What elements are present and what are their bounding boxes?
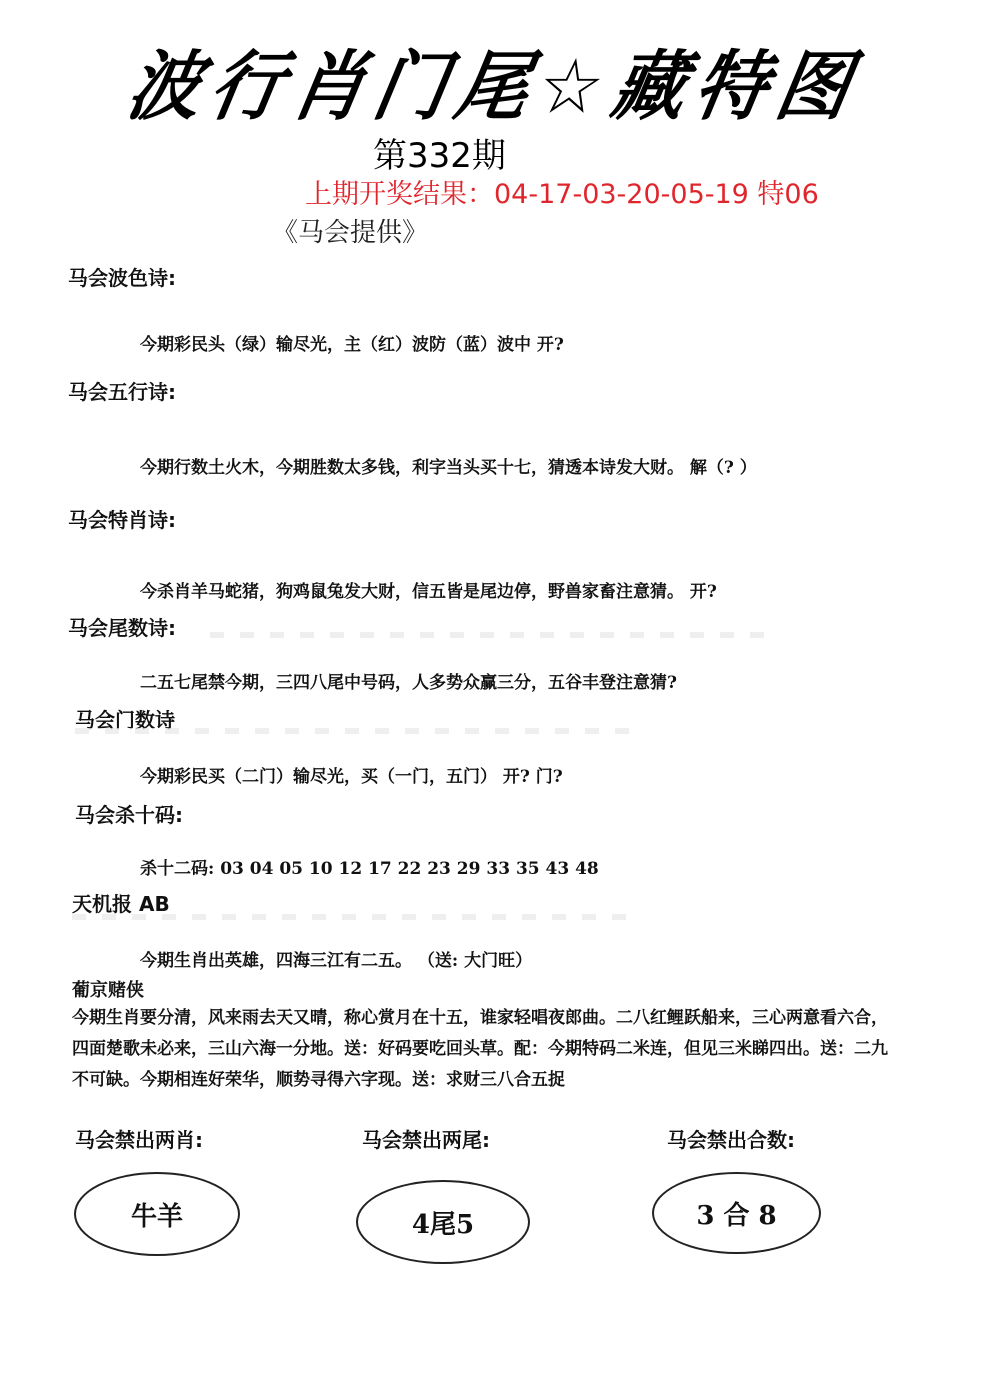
section-heading-five-elements: 马会五行诗: xyxy=(68,376,176,405)
last-result-numbers: 04-17-03-20-05-19 特06 xyxy=(494,179,819,210)
ban-value-zodiac: 牛羊 xyxy=(131,1196,183,1233)
ban-value-tail: 4尾5 xyxy=(412,1204,474,1241)
pujing-heading: 葡京赌侠 xyxy=(72,976,144,1002)
section-body-tianjibao: 今期生肖出英雄，四海三江有二五。 （送: 大门旺） xyxy=(140,946,532,971)
section-body-tail-number: 二五七尾禁今期，三四八尾中号码，人多势众赢三分，五谷丰登注意猜? xyxy=(140,668,677,693)
ban-oval-sum: 3 合 8 xyxy=(652,1172,821,1254)
ban-label-tail: 马会禁出两尾: xyxy=(362,1124,490,1153)
section-body-kill-ten: 杀十二码: 03 04 05 10 12 17 22 23 29 33 35 4… xyxy=(140,854,599,879)
ban-label-zodiac: 马会禁出两肖: xyxy=(75,1124,203,1153)
section-body-wave-color: 今期彩民头（绿）输尽光，主（红）波防（蓝）波中 开? xyxy=(140,330,564,355)
issue-number: 第332期 xyxy=(373,128,506,177)
section-body-door-number: 今期彩民买（二门）输尽光，买（一门，五门） 开? 门? xyxy=(140,762,563,787)
last-result: 上期开奖结果：04-17-03-20-05-19 特06 xyxy=(305,172,819,211)
ban-value-sum: 3 合 8 xyxy=(696,1195,776,1232)
section-heading-wave-color: 马会波色诗: xyxy=(68,262,176,291)
ban-oval-tail: 4尾5 xyxy=(356,1180,530,1264)
ban-oval-zodiac: 牛羊 xyxy=(74,1172,240,1256)
section-body-special-zodiac: 今杀肖羊马蛇猪，狗鸡鼠兔发大财，信五皆是尾边停，野兽家畜注意猜。 开? xyxy=(140,577,717,602)
ban-label-sum: 马会禁出合数: xyxy=(667,1124,795,1153)
pujing-body: 今期生肖要分清，风来雨去天又晴，称心赏月在十五，谁家轻唱夜郎曲。二八红鲤跃船来，… xyxy=(72,1003,902,1096)
provider-label: 《马会提供》 xyxy=(272,212,428,249)
section-heading-tianjibao: 天机报 AB xyxy=(72,888,170,917)
section-body-five-elements: 今期行数土火木，今期胜数太多钱，利字当头买十七，猜透本诗发大财。 解（? ） xyxy=(140,453,757,478)
last-result-label: 上期开奖结果： xyxy=(305,179,494,210)
page-title: 波行肖门尾☆藏特图 xyxy=(120,25,870,134)
section-heading-kill-ten: 马会杀十码: xyxy=(75,799,183,828)
section-heading-tail-number: 马会尾数诗: xyxy=(68,612,176,641)
section-heading-special-zodiac: 马会特肖诗: xyxy=(68,504,176,533)
